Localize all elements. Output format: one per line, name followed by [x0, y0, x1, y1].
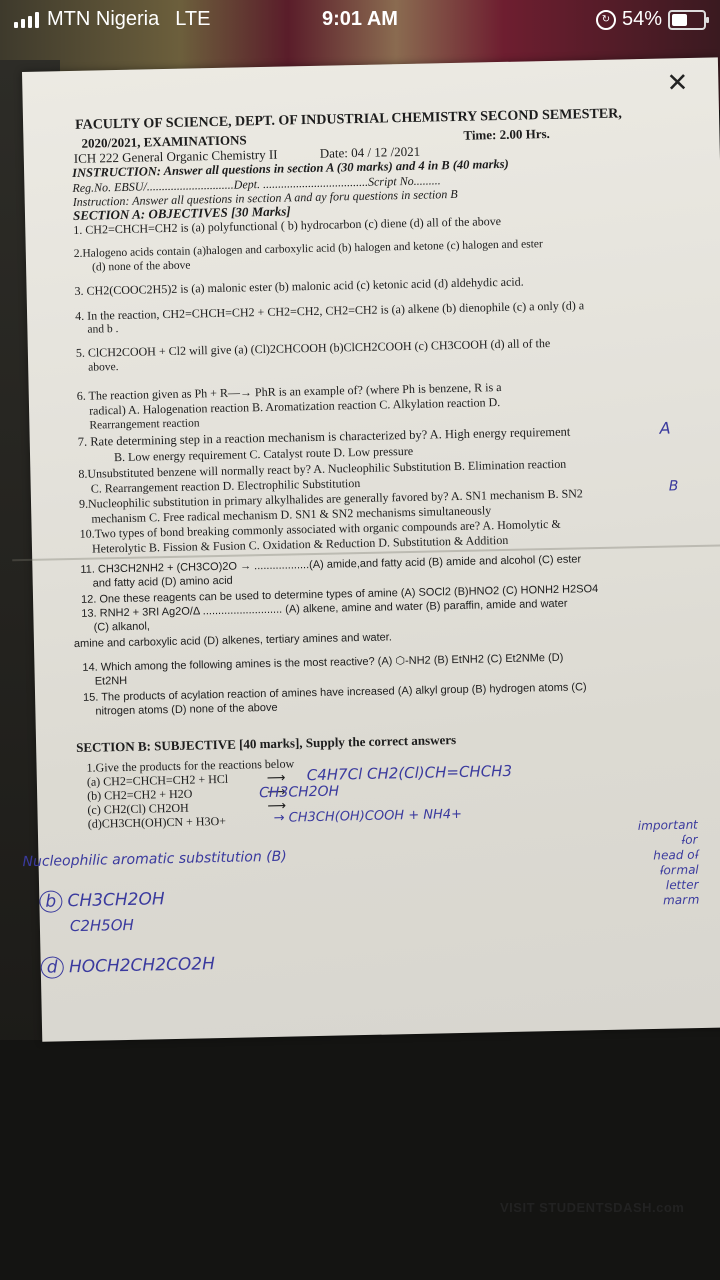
circled-label: d: [41, 956, 64, 978]
margin-answer-7: A: [659, 418, 670, 437]
handwritten-b-answer: b CH3CH2OH: [39, 889, 165, 912]
handwritten-text: CH3CH2OH: [67, 889, 165, 911]
question-line: 3. CH2(COOC2H5)2 is (a) malonic ester (b…: [74, 271, 702, 298]
watermark: VISIT STUDENTSDASH.com: [500, 1200, 684, 1215]
rotation-lock-icon: ↻: [596, 10, 616, 30]
battery-percent: 54%: [622, 8, 662, 31]
pen-mark: ✕: [666, 68, 688, 98]
handwritten-d-answer: d HOCH2CH2CO2H: [41, 954, 216, 978]
handwritten-text: HOCH2CH2CO2H: [69, 954, 215, 977]
handwritten-answer-b: CH3CH2OH: [259, 784, 339, 802]
circled-label: b: [39, 890, 62, 912]
exam-paper: ✕ FACULTY OF SCIENCE, DEPT. OF INDUSTRIA…: [22, 57, 720, 1041]
battery-icon: [668, 10, 706, 30]
handwritten-note: Nucleophilic aromatic substitution (B): [22, 849, 286, 871]
handwritten-b-alt: C2H5OH: [70, 916, 134, 935]
status-bar: MTN Nigeria LTE 9:01 AM ↻ 54%: [0, 0, 720, 40]
margin-handwriting-upside-down: ɯɹɐɯ ɹǝʇʇǝꞁ ꞁɐɯɹoɟ ɟo pɐǝɥ ɹoɟ ʇuɐʇɹodɯᴉ: [638, 818, 700, 909]
photo-background-bottom: [0, 1040, 720, 1280]
margin-answer-9: B: [669, 478, 679, 494]
